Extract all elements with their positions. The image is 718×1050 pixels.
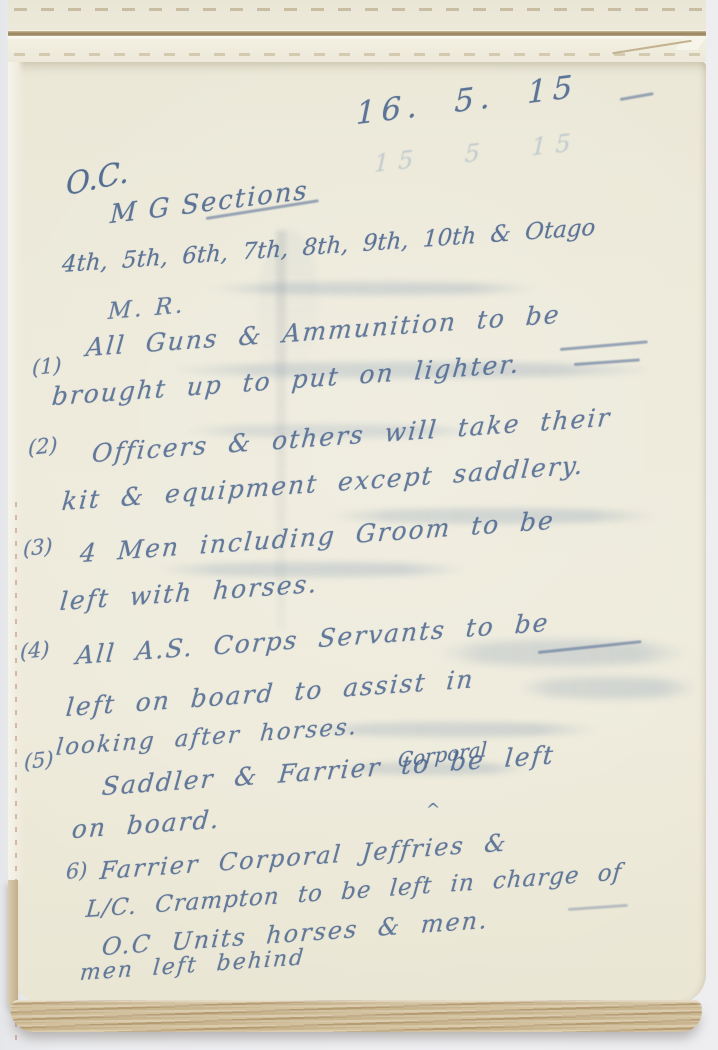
photo-background: 16. 5. 1515 5 15O.C.M G Sections4th, 5th… — [0, 0, 718, 1050]
handwritten-line-i5n: (5) — [24, 747, 54, 774]
page-left-edge — [8, 62, 24, 992]
handwritten-line-i3n: (3) — [23, 534, 53, 561]
handwritten-line-i5caret: ^ — [426, 800, 440, 820]
ink-bleed-through — [438, 640, 688, 666]
ink-bleed-through — [518, 677, 698, 699]
binding-fold-crease — [8, 31, 706, 36]
notebook-binding — [8, 0, 706, 62]
stitch-perforation-bottom — [14, 53, 702, 56]
handwritten-line-i6n: 6) — [66, 858, 87, 884]
ink-bleed-through — [208, 282, 538, 295]
page-stack-side-edge — [8, 880, 18, 1010]
handwritten-line-i2n: (2) — [28, 433, 58, 460]
page-stack-bottom-edge — [10, 1000, 702, 1032]
handwritten-line-i4n: (4) — [20, 637, 50, 664]
stitch-perforation-top — [14, 8, 702, 11]
handwritten-line-i1n: (1) — [32, 353, 62, 380]
notebook: 16. 5. 1515 5 15O.C.M G Sections4th, 5th… — [8, 0, 706, 1040]
